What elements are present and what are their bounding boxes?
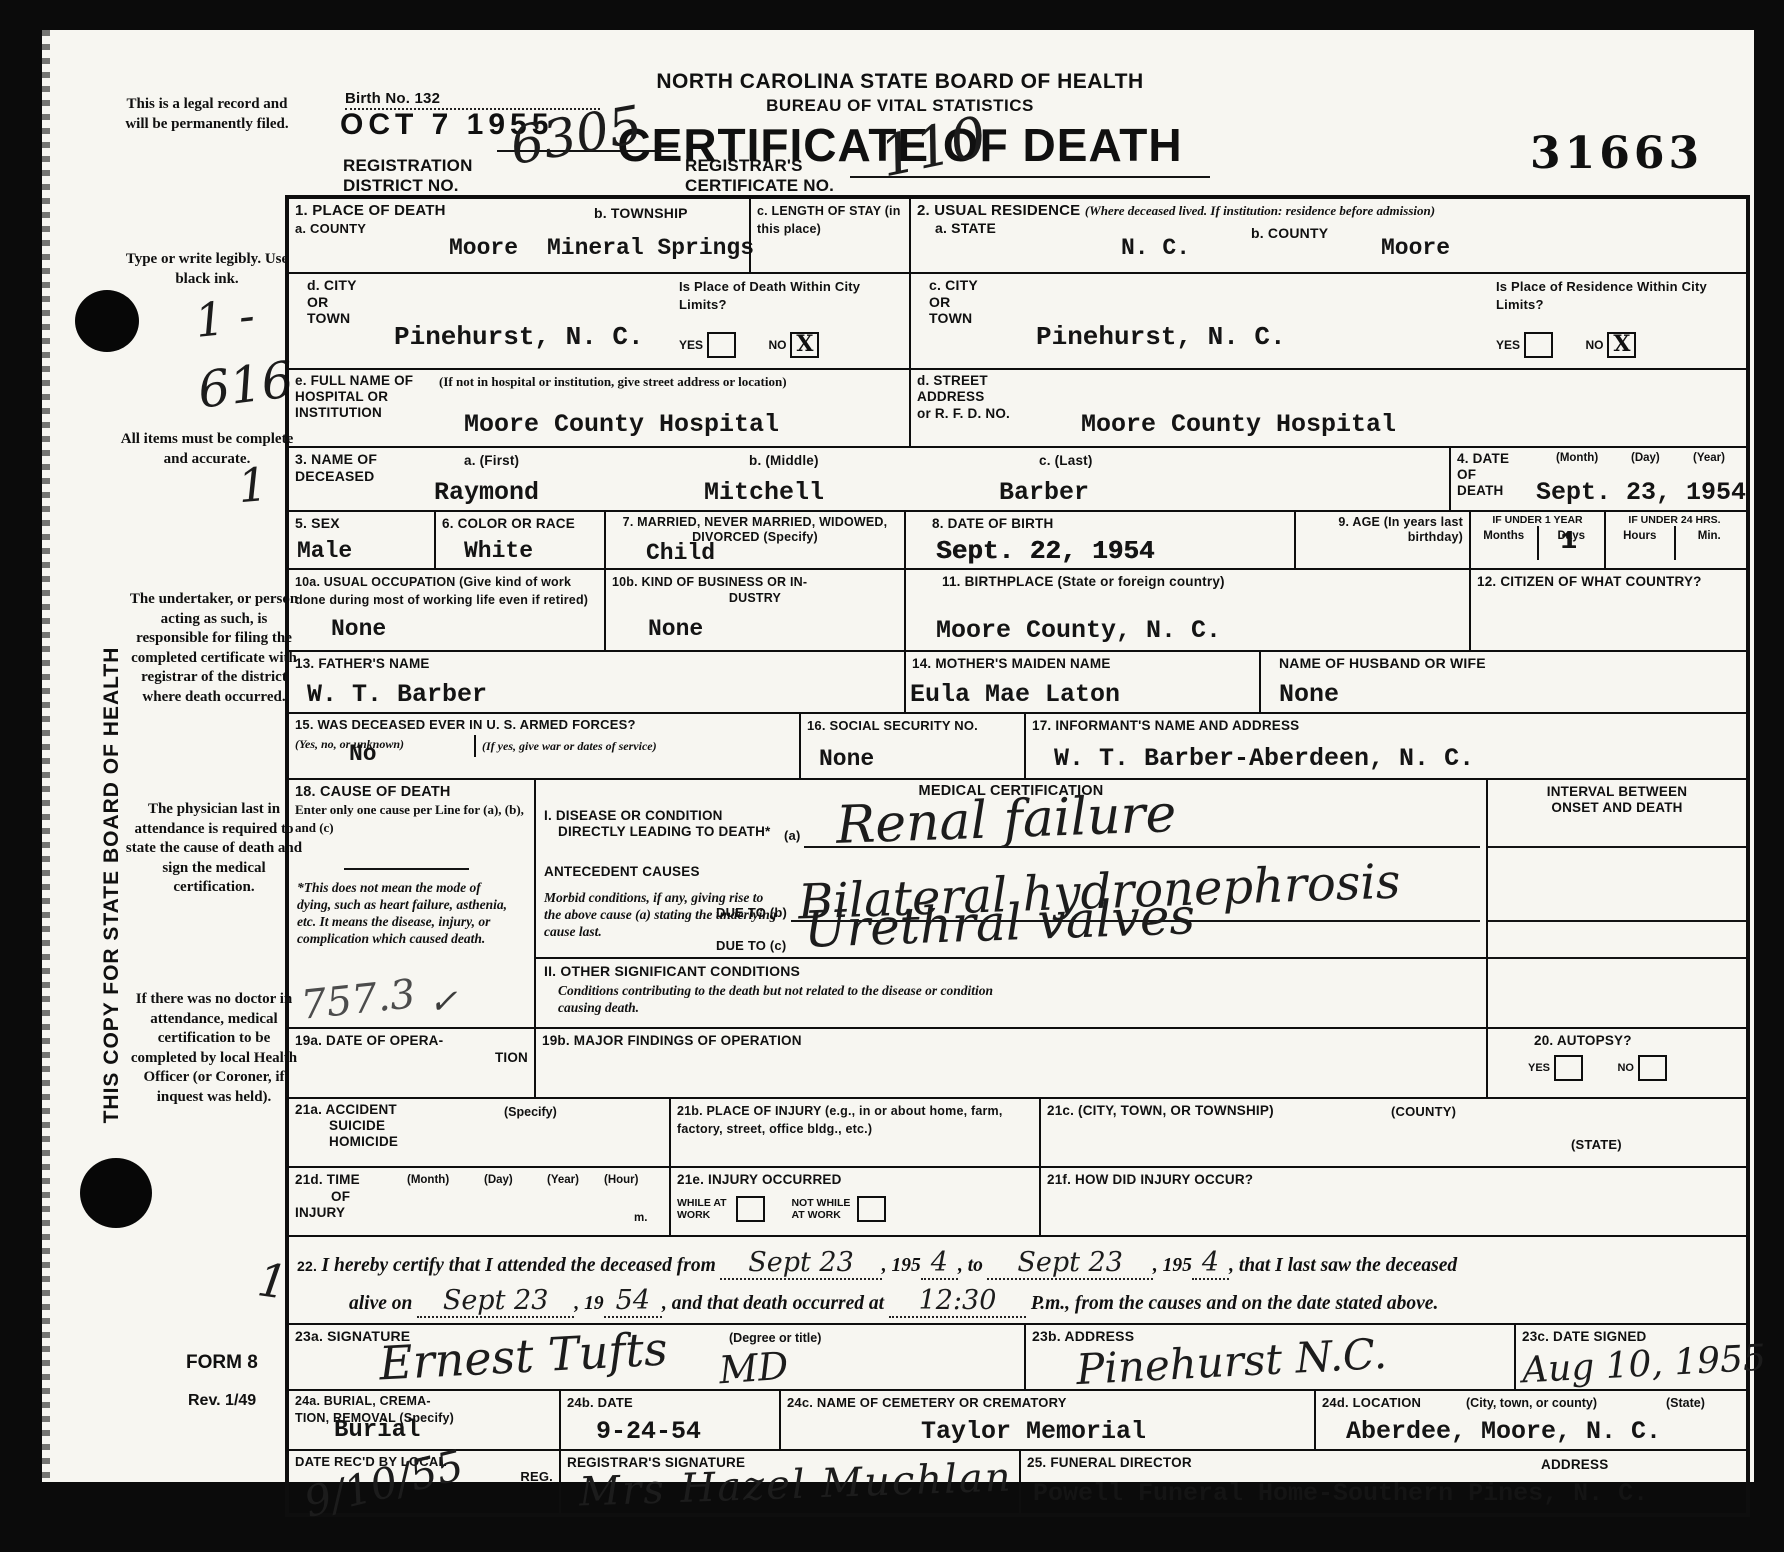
- length-of-stay-label: c. LENGTH OF STAY (in this place): [757, 204, 901, 236]
- accident-specify-note: (Specify): [504, 1105, 557, 1119]
- burial-location-value: Aberdee, Moore, N. C.: [1346, 1419, 1661, 1444]
- injury-day-note: (Day): [484, 1174, 513, 1187]
- ssn-label: 16. SOCIAL SECURITY NO.: [807, 718, 978, 733]
- street-address-label2: or R. F. D. NO.: [917, 406, 1010, 421]
- margin-handwriting-616: 616: [195, 354, 296, 415]
- margin-note-physician: The physician last in attendance is requ…: [125, 800, 303, 898]
- days-value: 1: [1561, 528, 1577, 554]
- autopsy-label: 20. AUTOPSY?: [1534, 1033, 1632, 1048]
- min-label: Min.: [1698, 530, 1721, 542]
- cause-note1: Enter only one cause per Line for (a), (…: [295, 802, 524, 835]
- husband-wife-value: None: [1279, 682, 1339, 707]
- cause-divider: [344, 868, 469, 870]
- certify-alive-date: Sept 23: [417, 1285, 575, 1318]
- autopsy-no-label: NO: [1617, 1062, 1634, 1074]
- autopsy-yes-checkbox: [1554, 1055, 1583, 1081]
- birth-no: Birth No. 132: [345, 90, 600, 110]
- certify-number: 22.: [297, 1258, 317, 1274]
- res-city-value: Pinehurst, N. C.: [1036, 324, 1286, 350]
- x-mark: X: [796, 331, 813, 357]
- township-label: b. TOWNSHIP: [594, 205, 688, 222]
- street-address-label: d. STREET ADDRESS: [917, 373, 1037, 405]
- cause-c-value: Urethral valves: [803, 891, 1196, 955]
- other-conditions-label: II. OTHER SIGNIFICANT CONDITIONS: [544, 963, 1486, 980]
- certify-text-6: alive on: [349, 1293, 412, 1314]
- date-of-operation-label2: TION: [295, 1050, 528, 1066]
- armed-forces-note2: (If yes, give war or dates of service): [482, 739, 657, 753]
- first-name-label: a. (First): [464, 453, 519, 469]
- time-of-injury-label3: INJURY: [295, 1205, 663, 1221]
- city-value: Pinehurst, N. C.: [394, 324, 644, 350]
- armed-forces-label: 15. WAS DECEASED EVER IN U. S. ARMED FOR…: [295, 717, 793, 732]
- not-while-at-work-checkbox: [857, 1196, 886, 1222]
- hours-label: Hours: [1623, 530, 1656, 542]
- margin-note-undertaker: The undertaker, or person acting as such…: [125, 590, 303, 707]
- certify-text-8: , and that death occurred at: [662, 1293, 884, 1314]
- cause-c-tag: DUE TO (c): [716, 938, 786, 953]
- registration-district-label: REGISTRATION DISTRICT NO.: [343, 156, 493, 196]
- form-revision: Rev. 1/49: [188, 1392, 256, 1410]
- hospital-value: Moore County Hospital: [464, 412, 779, 437]
- res-limits-yes-label: YES: [1496, 338, 1520, 352]
- other-significant-conditions: II. OTHER SIGNIFICANT CONDITIONS Conditi…: [536, 957, 1486, 1029]
- date-of-death-value: Sept. 23, 1954: [1536, 480, 1746, 505]
- burial-date-value: 9-24-54: [596, 1419, 701, 1444]
- ssn-value: None: [819, 748, 874, 771]
- armed-forces-value: No: [349, 743, 377, 766]
- injury-month-note: (Month): [407, 1174, 449, 1187]
- if-under-24-hrs-label: IF UNDER 24 HRS.: [1606, 514, 1743, 526]
- first-name-value: Raymond: [434, 480, 539, 505]
- autopsy-no-checkbox: [1638, 1055, 1667, 1081]
- burial-date-label: 24b. DATE: [567, 1395, 633, 1410]
- interval-label1: INTERVAL BETWEEN: [1488, 784, 1746, 800]
- death-limits-no-checkbox: X: [790, 332, 819, 358]
- serial-number: 31663: [1530, 128, 1703, 179]
- certify-text-9: P.m., from the causes and on the date st…: [1031, 1293, 1439, 1314]
- while-at-work-label: WHILE AT WORK: [677, 1197, 732, 1221]
- if-under-1-year-label: IF UNDER 1 YEAR: [1471, 514, 1604, 526]
- interval-line-b: [1488, 920, 1746, 922]
- birthplace-value: Moore County, N. C.: [936, 618, 1221, 643]
- other-conditions-note: Conditions contributing to the death but…: [558, 983, 1038, 1017]
- date-of-operation-label: 19a. DATE OF OPERA-: [295, 1033, 443, 1048]
- cause-of-death-label: 18. CAUSE OF DEATH: [295, 784, 451, 800]
- degree-value: MD: [718, 1347, 790, 1390]
- last-name-label: c. (Last): [1039, 453, 1093, 469]
- death-limits-yes-label: YES: [679, 338, 703, 352]
- autopsy-yes-label: YES: [1528, 1062, 1550, 1074]
- age-label: 9. AGE (In years last birthday): [1302, 515, 1463, 545]
- certify-text-1: I hereby certify that I attended the dec…: [322, 1255, 716, 1276]
- while-at-work-checkbox: [736, 1196, 765, 1222]
- scanned-death-certificate: This is a legal record and will be perma…: [0, 0, 1784, 1552]
- place-of-injury-label: 21b. PLACE OF INJURY (e.g., in or about …: [677, 1104, 1003, 1136]
- certify-text-3: , to: [958, 1255, 983, 1276]
- burial-label: 24a. BURIAL, CREMA-: [295, 1394, 553, 1409]
- informant-label: 17. INFORMANT'S NAME AND ADDRESS: [1032, 718, 1299, 733]
- res-limits-no-label: NO: [1585, 338, 1603, 352]
- county-label: a. COUNTY: [295, 221, 366, 236]
- certify-text-7: , 19: [574, 1293, 603, 1314]
- homicide-label: HOMICIDE: [329, 1134, 663, 1150]
- county-value: Moore: [449, 237, 518, 260]
- injury-year-note: (Year): [547, 1174, 579, 1187]
- injury-hour-note: (Hour): [604, 1174, 639, 1187]
- x-mark: X: [1613, 331, 1630, 357]
- accident-label: 21a. ACCIDENT: [295, 1102, 663, 1118]
- certify-to-date: Sept 23: [987, 1247, 1153, 1280]
- funeral-director-address-label: ADDRESS: [1541, 1457, 1608, 1473]
- date-signed-label: 23c. DATE SIGNED: [1522, 1329, 1646, 1344]
- middle-name-value: Mitchell: [704, 480, 824, 505]
- months-label: Months: [1483, 530, 1524, 542]
- dob-label: 8. DATE OF BIRTH: [932, 516, 1053, 531]
- name-of-deceased-label: 3. NAME OF DECEASED: [295, 451, 395, 484]
- major-findings-label: 19b. MAJOR FINDINGS OF OPERATION: [542, 1033, 802, 1048]
- degree-or-title-note: (Degree or title): [729, 1331, 821, 1345]
- physician-address-label: 23b. ADDRESS: [1032, 1328, 1134, 1344]
- burial-value: Burial: [334, 1419, 420, 1443]
- death-city-limits-question: Is Place of Death Within City Limits?: [679, 279, 860, 312]
- township-value: Mineral Springs: [547, 237, 754, 260]
- res-county-value: Moore: [1381, 237, 1450, 260]
- birthplace-label: 11. BIRTHPLACE (State or foreign country…: [942, 574, 1225, 589]
- margin-note-type-ink: Type or write legibly. Use black ink.: [118, 250, 296, 289]
- death-limits-no-label: NO: [768, 338, 786, 352]
- injury-m-note: m.: [634, 1212, 647, 1225]
- usual-residence-note: (Where deceased lived. If institution: r…: [1085, 203, 1435, 218]
- cemetery-value: Taylor Memorial: [921, 1419, 1146, 1444]
- certify-from-date: Sept 23: [720, 1247, 882, 1280]
- suicide-label: SUICIDE: [329, 1118, 663, 1134]
- funeral-director-value: Powell Funeral Home-Southern Pines, N. C…: [1033, 1481, 1648, 1506]
- burial-location-label: 24d. LOCATION: [1322, 1395, 1421, 1410]
- res-county-label: b. COUNTY: [1251, 225, 1328, 242]
- margin-note-no-doctor: If there was no doctor in attendance, me…: [125, 990, 303, 1107]
- occupation-value: None: [331, 618, 386, 641]
- mother-name-label: 14. MOTHER'S MAIDEN NAME: [912, 656, 1111, 671]
- bureau-subtitle: BUREAU OF VITAL STATISTICS: [580, 96, 1220, 116]
- interval-label2: ONSET AND DEATH: [1488, 800, 1746, 816]
- cause-code-checkmark: ✓: [429, 985, 458, 1019]
- business-label: 10b. KIND OF BUSINESS OR IN-: [612, 575, 807, 589]
- time-of-injury-label2: OF: [331, 1189, 663, 1205]
- res-limits-yes-checkbox: [1524, 332, 1553, 358]
- state-value: N. C.: [1121, 237, 1190, 260]
- certify-to-year: 4: [1192, 1247, 1229, 1280]
- father-name-label: 13. FATHER'S NAME: [295, 656, 430, 671]
- date-signed-value: Aug 10, 1955: [1521, 1341, 1767, 1390]
- citizen-label: 12. CITIZEN OF WHAT COUNTRY?: [1477, 574, 1702, 589]
- funeral-director-label: 25. FUNERAL DIRECTOR: [1027, 1455, 1192, 1470]
- margin-handwriting-1: 1 -: [193, 292, 257, 344]
- injury-occurred-label: 21e. INJURY OCCURRED: [677, 1172, 842, 1187]
- last-name-value: Barber: [999, 480, 1089, 505]
- disease-condition-label1: I. DISEASE OR CONDITION: [544, 808, 723, 824]
- death-month-label: (Month): [1556, 452, 1598, 465]
- how-did-injury-occur-label: 21f. HOW DID INJURY OCCUR?: [1047, 1172, 1253, 1187]
- certify-alive-year: 54: [604, 1285, 662, 1318]
- interval-line-c: [1488, 957, 1746, 959]
- certify-text-2: , 195: [882, 1255, 921, 1276]
- marital-value: Child: [646, 542, 715, 565]
- cause-note2: *This does not mean the mode of dying, s…: [297, 880, 517, 948]
- registrar-certificate-label: REGISTRAR'S CERTIFICATE NO.: [685, 156, 850, 196]
- informant-value: W. T. Barber-Aberdeen, N. C.: [1054, 746, 1474, 771]
- sex-label: 5. SEX: [295, 515, 340, 531]
- cause-code-handwritten: 757.3: [299, 974, 417, 1026]
- occupation-label: 10a. USUAL OCCUPATION (Give kind of work…: [295, 575, 588, 607]
- hospital-note: (If not in hospital or institution, give…: [439, 374, 787, 390]
- burial-state-note: (State): [1666, 1396, 1705, 1410]
- death-year-label: (Year): [1693, 452, 1725, 465]
- mother-name-value: Eula Mae Laton: [910, 682, 1120, 707]
- certify-text-5: , that I last saw the deceased: [1229, 1255, 1457, 1276]
- margin-handwriting-one-a: 1: [236, 461, 269, 509]
- interval-line-a: [1488, 846, 1746, 848]
- cause-a-value: Renal failure: [835, 788, 1177, 852]
- state-label: a. STATE: [935, 220, 996, 236]
- cemetery-label: 24c. NAME OF CEMETERY OR CREMATORY: [787, 1395, 1067, 1410]
- cause-a-tag: (a): [784, 828, 801, 843]
- hospital-label: e. FULL NAME OF HOSPITAL OR INSTITUTION: [295, 373, 425, 421]
- disease-condition-label2: DIRECTLY LEADING TO DEATH*: [558, 824, 770, 840]
- certify-from-year: 4: [921, 1247, 958, 1280]
- margin-note-items: All items must be complete and accurate.: [118, 430, 296, 469]
- husband-wife-label: NAME OF HUSBAND OR WIFE: [1279, 655, 1486, 671]
- physician-signature: Ernest Tufts: [378, 1325, 669, 1386]
- certify-text-4: , 195: [1153, 1255, 1192, 1276]
- business-value: None: [648, 618, 703, 641]
- usual-residence-label: 2. USUAL RESIDENCE: [917, 202, 1080, 219]
- middle-name-label: b. (Middle): [749, 453, 819, 469]
- form-grid: 1. PLACE OF DEATH a. COUNTY Moore b. TOW…: [285, 195, 1750, 1517]
- certify-death-time: 12:30: [889, 1285, 1027, 1318]
- hole-punch-top: [75, 290, 139, 352]
- death-limits-yes-checkbox: [707, 332, 736, 358]
- injury-county-note: (COUNTY): [1391, 1104, 1456, 1119]
- margin-vertical-text: THIS COPY FOR STATE BOARD OF HEALTH: [100, 647, 124, 1124]
- injury-state-note: (STATE): [1571, 1137, 1622, 1152]
- not-while-at-work-label: NOT WHILE AT WORK: [791, 1197, 853, 1221]
- business-label2: DUSTRY: [612, 591, 898, 606]
- injury-city-label: 21c. (CITY, TOWN, OR TOWNSHIP): [1047, 1103, 1274, 1118]
- dob-value: Sept. 22, 1954: [936, 538, 1154, 564]
- margin-note-legal: This is a legal record and will be perma…: [118, 95, 296, 134]
- hole-punch-bottom: [80, 1158, 152, 1228]
- time-of-injury-label: 21d. TIME: [295, 1172, 360, 1187]
- date-of-death-label: 4. DATE OF DEATH: [1457, 451, 1517, 499]
- board-title: NORTH CAROLINA STATE BOARD OF HEALTH: [580, 70, 1220, 94]
- street-address-value: Moore County Hospital: [1081, 412, 1396, 437]
- sex-value: Male: [297, 540, 352, 563]
- antecedent-label: ANTECEDENT CAUSES: [544, 864, 700, 880]
- city-or-town-label: d. CITY OR TOWN: [307, 277, 362, 327]
- death-day-label: (Day): [1631, 452, 1660, 465]
- father-name-value: W. T. Barber: [307, 682, 487, 707]
- form-number: FORM 8: [186, 1352, 258, 1374]
- res-limits-no-checkbox: X: [1607, 332, 1636, 358]
- res-city-limits-question: Is Place of Residence Within City Limits…: [1496, 279, 1707, 312]
- cause-b-tag: DUE TO (b): [716, 905, 787, 920]
- color-race-value: White: [464, 540, 533, 563]
- res-city-or-town-label: c. CITY OR TOWN: [929, 277, 989, 327]
- color-race-label: 6. COLOR OR RACE: [442, 516, 575, 531]
- burial-location-note: (City, town, or county): [1466, 1396, 1597, 1410]
- place-of-death-label: 1. PLACE OF DEATH: [295, 202, 446, 219]
